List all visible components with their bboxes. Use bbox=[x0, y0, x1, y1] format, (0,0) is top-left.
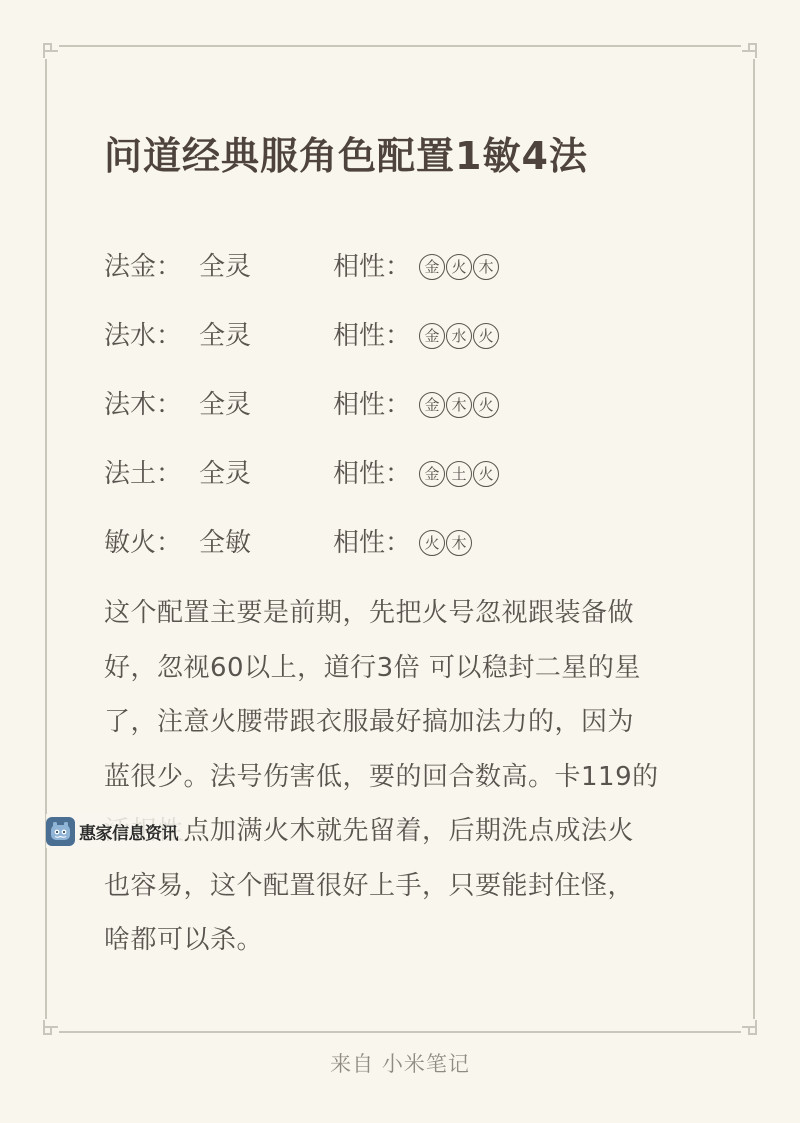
role-row: 敏火： 全敏 相性： 火 木 bbox=[104, 524, 704, 593]
robot-face-icon bbox=[46, 817, 75, 846]
affinity-badge-icon: 火 bbox=[473, 461, 499, 487]
body-line: 也容易，这个配置很好上手，只要能封住怪， bbox=[104, 859, 714, 914]
role-build: 全灵 bbox=[199, 317, 333, 355]
role-build: 全灵 bbox=[199, 248, 333, 286]
role-name: 敏火： bbox=[104, 524, 199, 562]
body-line: 蓝很少。法号伤害低，要的回合数高。卡119的 bbox=[104, 750, 714, 805]
role-name: 法金： bbox=[104, 248, 199, 286]
role-row: 法水： 全灵 相性： 金 水 火 bbox=[104, 317, 704, 386]
body-line: 活相性点加满火木就先留着，后期洗点成法火 bbox=[104, 804, 714, 859]
affinity-list: 金 木 火 bbox=[419, 386, 500, 418]
affinity-badge-icon: 水 bbox=[446, 323, 472, 349]
role-build: 全灵 bbox=[199, 455, 333, 493]
affinity-label: 相性： bbox=[333, 317, 419, 355]
affinity-list: 金 水 火 bbox=[419, 317, 500, 349]
affinity-list: 火 木 bbox=[419, 524, 473, 556]
role-name: 法土： bbox=[104, 455, 199, 493]
role-list: 法金： 全灵 相性： 金 火 木 法水： 全灵 相性： 金 水 火 法木： 全灵… bbox=[104, 248, 704, 593]
affinity-badge-icon: 金 bbox=[419, 461, 445, 487]
affinity-label: 相性： bbox=[333, 248, 419, 286]
affinity-label: 相性： bbox=[333, 386, 419, 424]
role-row: 法金： 全灵 相性： 金 火 木 bbox=[104, 248, 704, 317]
body-line: 这个配置主要是前期，先把火号忽视跟装备做 bbox=[104, 586, 714, 641]
affinity-label: 相性： bbox=[333, 455, 419, 493]
affinity-badge-icon: 金 bbox=[419, 323, 445, 349]
frame-corner-knot-icon bbox=[43, 43, 59, 59]
affinity-badge-icon: 火 bbox=[473, 323, 499, 349]
role-build: 全灵 bbox=[199, 386, 333, 424]
affinity-badge-icon: 土 bbox=[446, 461, 472, 487]
body-line: 啥都可以杀。 bbox=[104, 913, 714, 968]
role-row: 法土： 全灵 相性： 金 土 火 bbox=[104, 455, 704, 524]
affinity-badge-icon: 金 bbox=[419, 254, 445, 280]
watermark-label: 惠家信息资讯 bbox=[79, 819, 178, 844]
affinity-list: 金 土 火 bbox=[419, 455, 500, 487]
affinity-label: 相性： bbox=[333, 524, 419, 562]
affinity-badge-icon: 火 bbox=[446, 254, 472, 280]
frame-corner-knot-icon bbox=[43, 1019, 59, 1035]
frame-corner-knot-icon bbox=[741, 43, 757, 59]
affinity-badge-icon: 木 bbox=[446, 530, 472, 556]
affinity-badge-icon: 木 bbox=[473, 254, 499, 280]
role-name: 法水： bbox=[104, 317, 199, 355]
role-name: 法木： bbox=[104, 386, 199, 424]
body-paragraph: 这个配置主要是前期，先把火号忽视跟装备做 好，忽视60以上，道行3倍 可以稳封二… bbox=[104, 586, 714, 968]
page-title: 问道经典服角色配置1敏4法 bbox=[104, 130, 588, 182]
affinity-badge-icon: 金 bbox=[419, 392, 445, 418]
role-build: 全敏 bbox=[199, 524, 333, 562]
body-line: 好，忽视60以上，道行3倍 可以稳封二星的星 bbox=[104, 641, 714, 696]
frame-corner-knot-icon bbox=[741, 1019, 757, 1035]
body-line: 了，注意火腰带跟衣服最好搞加法力的，因为 bbox=[104, 695, 714, 750]
affinity-list: 金 火 木 bbox=[419, 248, 500, 280]
affinity-badge-icon: 木 bbox=[446, 392, 472, 418]
source-watermark: 惠家信息资讯 bbox=[46, 814, 182, 848]
role-row: 法木： 全灵 相性： 金 木 火 bbox=[104, 386, 704, 455]
affinity-badge-icon: 火 bbox=[419, 530, 445, 556]
affinity-badge-icon: 火 bbox=[473, 392, 499, 418]
footer-source: 来自 小米笔记 bbox=[0, 1048, 800, 1078]
